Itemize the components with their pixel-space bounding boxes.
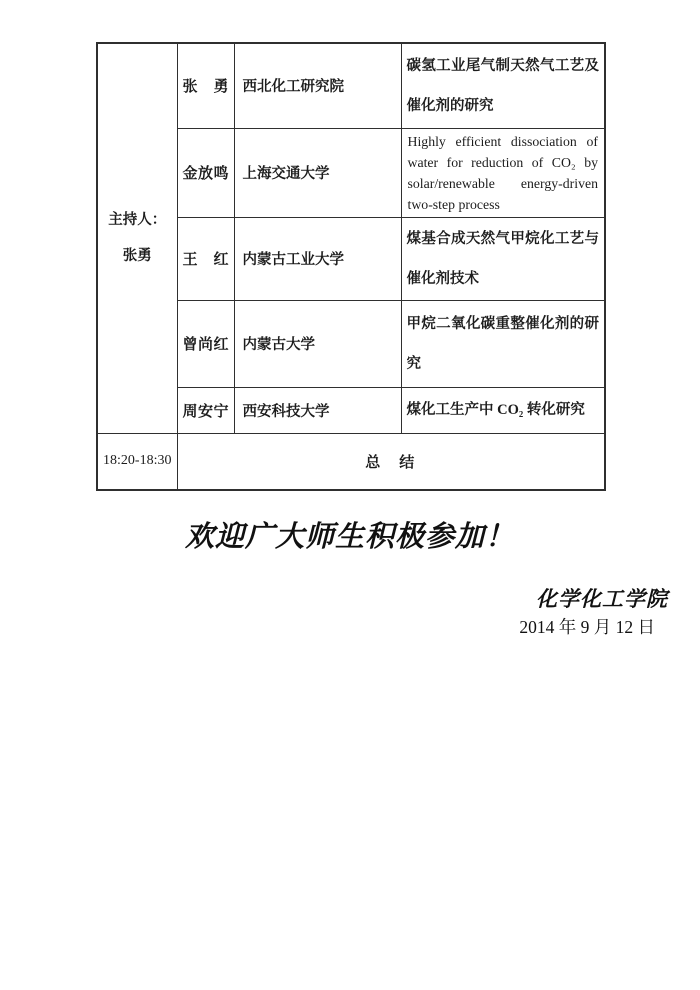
signature-text: 化学化工学院 bbox=[536, 583, 668, 613]
host-cell: 主持人： 张勇 bbox=[97, 43, 177, 433]
speaker-name: 张 勇 bbox=[177, 43, 234, 128]
talk-title: 甲烷二氧化碳重整催化剂的研究 bbox=[401, 300, 605, 387]
speaker-affiliation: 内蒙古大学 bbox=[234, 300, 401, 387]
speaker-name: 王 红 bbox=[177, 217, 234, 300]
schedule-table: 主持人： 张勇 张 勇 西北化工研究院 碳氢工业尾气制天然气工艺及催化剂的研究 … bbox=[96, 42, 606, 491]
talk-title: 碳氢工业尾气制天然气工艺及催化剂的研究 bbox=[401, 43, 605, 128]
talk-title: 煤基合成天然气甲烷化工艺与催化剂技术 bbox=[401, 217, 605, 300]
host-name: 张勇 bbox=[98, 247, 177, 266]
speaker-affiliation: 上海交通大学 bbox=[234, 128, 401, 217]
speaker-affiliation: 西安科技大学 bbox=[234, 387, 401, 433]
document-page: 主持人： 张勇 张 勇 西北化工研究院 碳氢工业尾气制天然气工艺及催化剂的研究 … bbox=[0, 0, 700, 990]
summary-label: 总 结 bbox=[177, 433, 605, 490]
speaker-affiliation: 内蒙古工业大学 bbox=[234, 217, 401, 300]
summary-row: 18:20-18:30 总 结 bbox=[97, 433, 605, 490]
date-text: 2014 年 9 月 12 日 bbox=[519, 614, 655, 639]
table-row: 主持人： 张勇 张 勇 西北化工研究院 碳氢工业尾气制天然气工艺及催化剂的研究 bbox=[97, 43, 605, 128]
speaker-affiliation: 西北化工研究院 bbox=[234, 43, 401, 128]
host-label: 主持人： bbox=[98, 211, 177, 230]
speaker-name: 周安宁 bbox=[177, 387, 234, 433]
speaker-name: 金放鸣 bbox=[177, 128, 234, 217]
talk-title: 煤化工生产中 CO₂ 转化研究 bbox=[401, 387, 605, 433]
welcome-text: 欢迎广大师生积极参加！ bbox=[0, 514, 700, 555]
speaker-name: 曾尚红 bbox=[177, 300, 234, 387]
summary-time: 18:20-18:30 bbox=[97, 433, 177, 490]
talk-title: Highly efficient dissociation of water f… bbox=[401, 128, 605, 217]
